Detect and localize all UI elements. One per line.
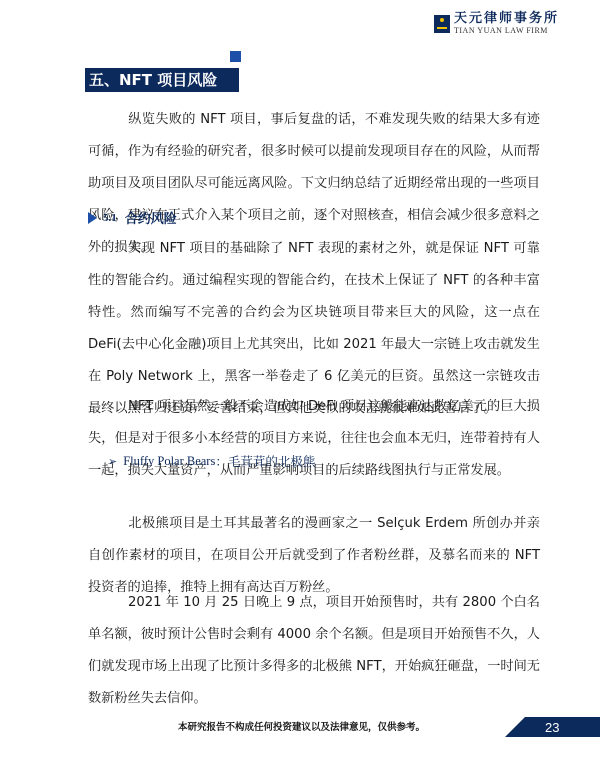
footer-disclaimer: 本研究报告不构成任何投资建议以及法律意见，仅供参考。 — [178, 719, 425, 733]
arrow-bullet-icon: ➢ — [108, 455, 117, 468]
decorative-square — [230, 51, 241, 62]
logo-emblem-icon — [434, 15, 450, 33]
subsection-title: 合约风险 — [125, 208, 177, 227]
page-number: 23 — [545, 718, 559, 738]
triangle-marker-icon — [88, 212, 97, 224]
paragraph-text: 实现 NFT 项目的基础除了 NFT 表现的素材之外，就是保证 NFT 可靠性的… — [88, 241, 540, 416]
logo-name-en: TIAN YUAN LAW FIRM — [454, 27, 559, 35]
firm-logo: 天元律师事务所 TIAN YUAN LAW FIRM — [434, 12, 559, 35]
bullet-title-cn: ：毛茸茸的北极熊 — [215, 452, 315, 470]
section-title: 五、NFT 项目风险 — [85, 68, 239, 92]
bullet-title-en: Fluffy Polar Bears — [123, 454, 215, 469]
paragraph-nft-loss: NFT 项目虽然一般不会造成如 DeFi 项目这般能高达数亿美元的巨大损失，但是… — [88, 391, 540, 487]
paragraph-text: 北极熊项目是土耳其最著名的漫画家之一 Selçuk Erdem 所创办并亲自创作… — [88, 516, 540, 595]
logo-name-cn: 天元律师事务所 — [454, 12, 559, 25]
paragraph-presale: 2021 年 10 月 25 日晚上 9 点，项目开始预售时，共有 2800 个… — [88, 587, 540, 715]
paragraph-text: 2021 年 10 月 25 日晚上 9 点，项目开始预售时，共有 2800 个… — [88, 595, 540, 706]
bullet-heading: ➢ Fluffy Polar Bears ：毛茸茸的北极熊 — [108, 452, 315, 470]
subsection-heading: 5.1 合约风险 — [88, 208, 177, 227]
subsection-number: 5.1 — [103, 212, 117, 224]
